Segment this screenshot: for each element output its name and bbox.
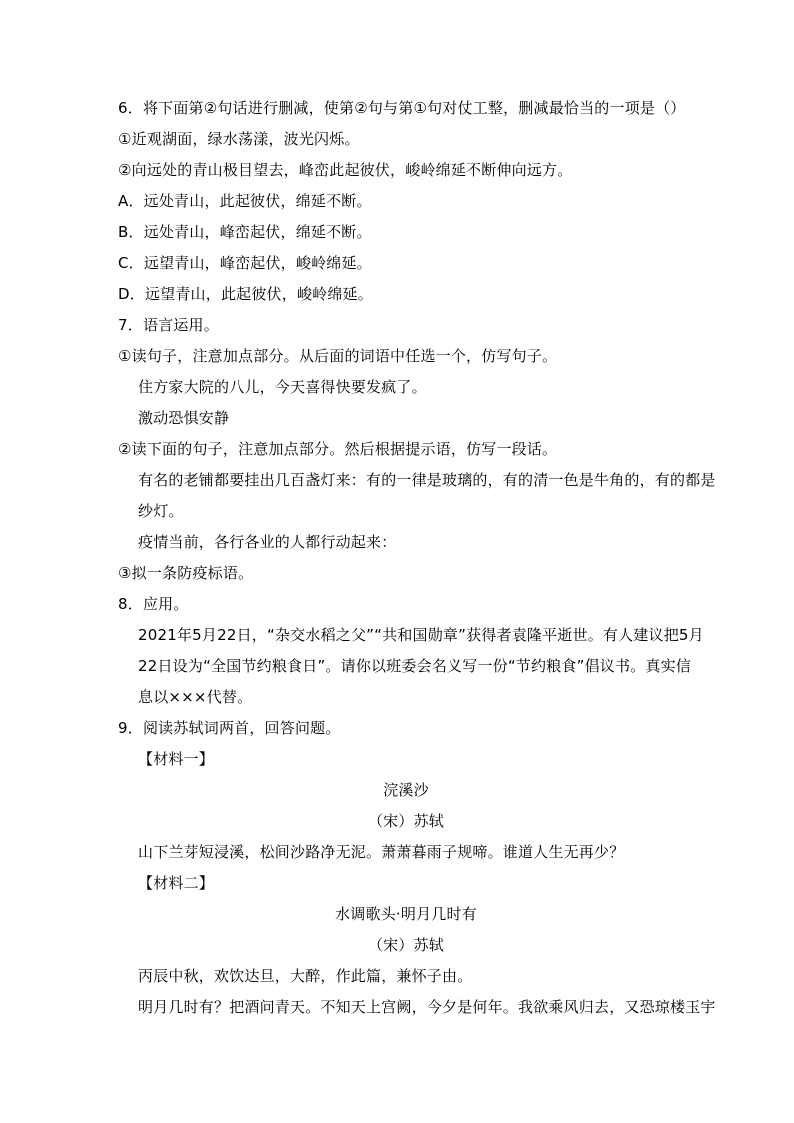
q8-body-line1: 2021年5月22日，“杂交水稻之父”“共和国勋章”获得者袁隆平逝世。有人建议把… xyxy=(118,620,694,651)
document-page: 6．将下面第②句话进行删减，使第②句与第①句对仗工整，删减最恰当的一项是（） ①… xyxy=(0,0,794,1123)
q9-stem: 9．阅读苏轼词两首，回答问题。 xyxy=(118,713,694,744)
q9-material1-author: （宋）苏轼 xyxy=(118,806,694,837)
q6-option-b: B．远处青山，峰峦起伏，绵延不断。 xyxy=(118,217,694,248)
q7-part1-words: 激动恐惧安静 xyxy=(118,403,694,434)
q9-material2-label: 【材料二】 xyxy=(118,868,694,899)
q6-option-c: C．远望青山，峰峦起伏，峻岭绵延。 xyxy=(118,248,694,279)
q7-part2-example-line1: 有名的老铺都要挂出几百盏灯来：有的一律是玻璃的，有的清一色是牛角的，有的都是 xyxy=(118,465,694,496)
q9-material2-author: （宋）苏轼 xyxy=(118,930,694,961)
q9-material1-label: 【材料一】 xyxy=(118,744,694,775)
q6-option-d: D．远望青山，此起彼伏，峻岭绵延。 xyxy=(118,279,694,310)
q9-material2-preface: 丙辰中秋，欢饮达旦，大醉，作此篇，兼怀子由。 xyxy=(118,961,694,992)
q7-part1-instruction: ①读句子，注意加点部分。从后面的词语中任选一个，仿写句子。 xyxy=(118,341,694,372)
q9-material2-poem-line: 明月几时有？把酒问青天。不知天上宫阙，今夕是何年。我欲乘风归去，又恐琼楼玉宇 xyxy=(118,992,694,1023)
q6-stem: 6．将下面第②句话进行删减，使第②句与第①句对仗工整，删减最恰当的一项是（） xyxy=(118,93,694,124)
q6-sentence-2: ②向远处的青山极目望去，峰峦此起彼伏，峻岭绵延不断伸向远方。 xyxy=(118,155,694,186)
q9-material1-title: 浣溪沙 xyxy=(118,775,694,806)
q7-part3-instruction: ③拟一条防疫标语。 xyxy=(118,558,694,589)
q9-material2-title: 水调歌头·明月几时有 xyxy=(118,899,694,930)
q6-option-a: A．远处青山，此起彼伏，绵延不断。 xyxy=(118,186,694,217)
q7-part2-prompt: 疫情当前，各行各业的人都行动起来： xyxy=(118,527,694,558)
q8-body-line3: 息以×××代替。 xyxy=(118,682,694,713)
q9-material1-poem-line: 山下兰芽短浸溪，松间沙路净无泥。萧萧暮雨子规啼。谁道人生无再少？ xyxy=(118,837,694,868)
q8-stem: 8．应用。 xyxy=(118,589,694,620)
q7-part2-example-line2: 纱灯。 xyxy=(118,496,694,527)
q7-part2-instruction: ②读下面的句子，注意加点部分。然后根据提示语，仿写一段话。 xyxy=(118,434,694,465)
q8-body-line2: 22日设为“全国节约粮食日”。请你以班委会名义写一份“节约粮食”倡议书。真实信 xyxy=(118,651,694,682)
q6-sentence-1: ①近观湖面，绿水荡漾，波光闪烁。 xyxy=(118,124,694,155)
q7-stem: 7．语言运用。 xyxy=(118,310,694,341)
q7-part1-example: 住方家大院的八儿，今天喜得快要发疯了。 xyxy=(118,372,694,403)
